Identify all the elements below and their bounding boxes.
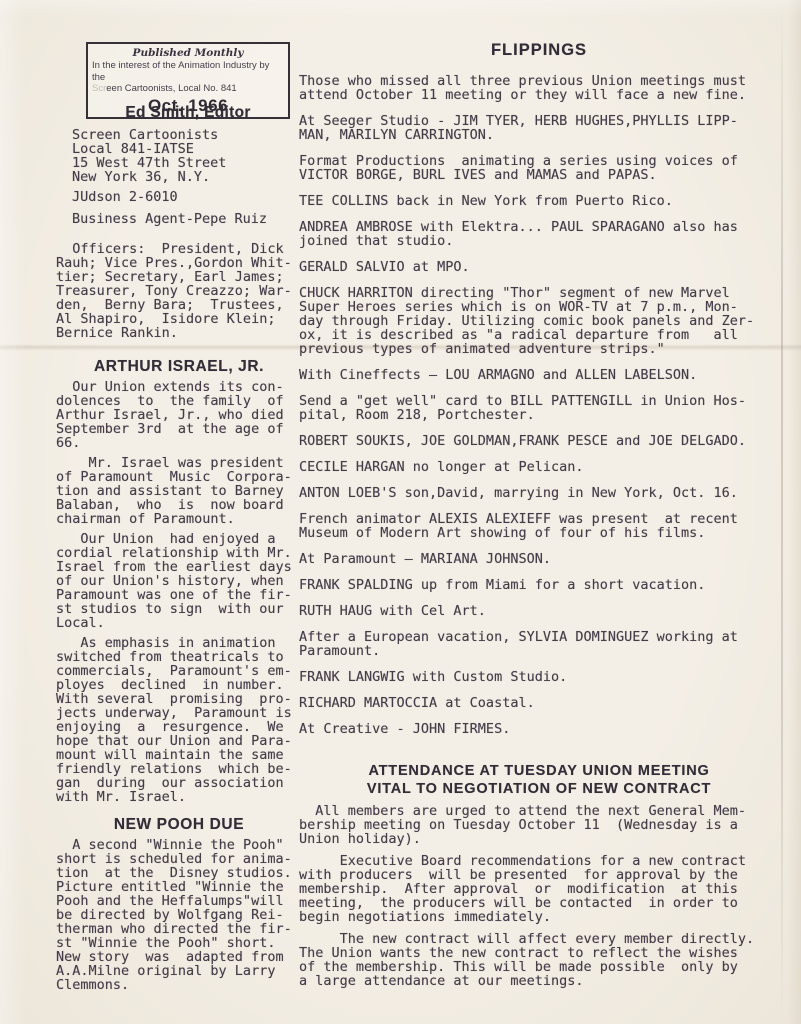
arthur-israel-paragraph: Mr. Israel was president of Paramount Mu… (56, 456, 302, 526)
flippings-item: ANTON LOEB'S son,David, marrying in New … (299, 486, 779, 500)
attendance-paragraph: The new contract will affect every membe… (299, 932, 779, 988)
flippings-item: RICHARD MARTOCCIA at Coastal. (299, 696, 779, 710)
new-pooh-paragraph: A second "Winnie the Pooh" short is sche… (56, 838, 302, 992)
flippings-item: ROBERT SOUKIS, JOE GOLDMAN,FRANK PESCE a… (299, 434, 779, 448)
attendance-title-line2: VITAL TO NEGOTIATION OF NEW CONTRACT (299, 780, 779, 798)
flippings-item: ANDREA AMBROSE with Elektra... PAUL SPAR… (299, 220, 779, 248)
arthur-israel-paragraph: Our Union had enjoyed a cordial relation… (56, 532, 302, 630)
section-title-arthur-israel: ARTHUR ISRAEL, JR. (56, 358, 302, 376)
attendance-paragraph: All members are urged to attend the next… (299, 804, 779, 846)
masthead-org-line: Screen Cartoonists, Local No. 841 (92, 83, 284, 95)
flippings-title: FLIPPINGS (299, 40, 779, 60)
officers-list: Officers: President, Dick Rauh; Vice Pre… (56, 242, 302, 340)
arthur-israel-paragraph: As emphasis in animation switched from t… (56, 636, 302, 804)
section-title-new-pooh-due: NEW POOH DUE (56, 816, 302, 834)
flippings-item: Send a "get well" card to BILL PATTENGIL… (299, 394, 779, 422)
paper-crease (781, 0, 783, 1024)
flippings-item: French animator ALEXIS ALEXIEFF was pres… (299, 512, 779, 540)
attendance-paragraph: Executive Board recommendations for a ne… (299, 854, 779, 924)
flippings-item: Format Productions animating a series us… (299, 154, 779, 182)
flippings-item: RUTH HAUG with Cel Art. (299, 604, 779, 618)
union-address: Screen Cartoonists Local 841-IATSE 15 We… (56, 128, 302, 184)
flippings-item: CHUCK HARRITON directing "Thor" segment … (299, 286, 779, 356)
flippings-item: FRANK LANGWIG with Custom Studio. (299, 670, 779, 684)
arthur-israel-paragraph: Our Union extends its con- dolences to t… (56, 380, 302, 450)
flippings-item: GERALD SALVIO at MPO. (299, 260, 779, 274)
right-column: FLIPPINGS Those who missed all three pre… (299, 40, 779, 988)
left-column: Screen Cartoonists Local 841-IATSE 15 We… (56, 128, 302, 992)
masthead-published-monthly: Published Monthly (92, 47, 284, 60)
flippings-item: At Seeger Studio - JIM TYER, HERB HUGHES… (299, 114, 779, 142)
flippings-item: TEE COLLINS back in New York from Puerto… (299, 194, 779, 208)
flippings-item: With Cineffects — LOU ARMAGNO and ALLEN … (299, 368, 779, 382)
flippings-item: CECILE HARGAN no longer at Pelican. (299, 460, 779, 474)
newsletter-page: Published Monthly In the interest of the… (0, 0, 801, 1024)
masthead-org-faded-text: Scr (92, 83, 106, 94)
editor-line: Ed Smith, Editor (86, 104, 290, 122)
attendance-title-line1: ATTENDANCE AT TUESDAY UNION MEETING (299, 762, 779, 780)
business-agent-line: Business Agent-Pepe Ruiz (56, 212, 302, 226)
masthead-interest-line: In the interest of the Animation Industr… (92, 60, 284, 83)
flippings-item: FRANK SPALDING up from Miami for a short… (299, 578, 779, 592)
flippings-item: At Creative - JOHN FIRMES. (299, 722, 779, 736)
flippings-item: After a European vacation, SYLVIA DOMING… (299, 630, 779, 658)
masthead-org-text: een Cartoonists, Local No. 841 (106, 83, 236, 94)
union-phone: JUdson 2-6010 (56, 190, 302, 204)
flippings-item: At Paramount — MARIANA JOHNSON. (299, 552, 779, 566)
flippings-item: Those who missed all three previous Unio… (299, 74, 779, 102)
